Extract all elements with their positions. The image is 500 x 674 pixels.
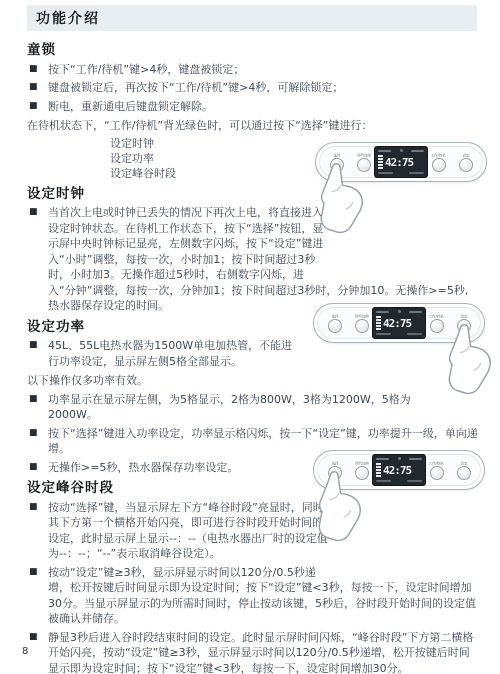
panel-button-select-label: 选择 xyxy=(333,155,340,158)
page-content: 童锁 ■ 按下“工作/待机”键>4秒，键盘被锁定； ■ 键盘被锁定后，再次按下“… xyxy=(27,37,478,674)
bullet-item: ■ 按下“工作/待机”键>4秒，键盘被锁定； xyxy=(27,62,478,78)
lcd-main-row: 42:75 xyxy=(378,155,424,169)
bullet-text: 无操作>=5秒，热水器保存功率设定。 xyxy=(48,461,238,474)
square-bullet-icon: ■ xyxy=(29,426,38,442)
panel-button-select-label: 选择 xyxy=(331,463,338,466)
figure-set-clock-panel: 选择 预约加热 42:75 工作/待机 xyxy=(315,142,500,182)
left-button-group: 选择 预约加热 xyxy=(325,313,371,333)
panel-button-work-standby-label: 工作/待机 xyxy=(429,463,444,466)
manual-page: 功能介绍 童锁 ■ 按下“工作/待机”键>4秒，键盘被锁定； ■ 键盘被锁定后，… xyxy=(0,0,500,674)
right-button-group: 工作/待机 设定 xyxy=(429,152,475,172)
bullet-item: ■ 功率显示在显示屏左侧，为5格显示，2格为800W，3格为1200W，5格为2… xyxy=(27,392,478,423)
section-heading-set-clock: 设定时钟 xyxy=(27,187,478,203)
pointing-hand-icon xyxy=(440,323,498,401)
lcd-main-row: 42:75 xyxy=(376,316,422,330)
bullet-item: ■ 当首次上电或时钟已丢失的情况下再次上电，将直接进入设定时钟状态。在待机工作状… xyxy=(27,205,478,314)
bullet-item: ■ 按动“设定”键≥3秒，显示屏显示时间以120分/0.5秒递增，松开按键后时间… xyxy=(27,565,478,627)
panel-button-work-standby-label: 工作/待机 xyxy=(431,155,446,158)
lcd-display: 42:75 xyxy=(374,146,428,178)
page-title: 功能介绍 xyxy=(36,8,100,28)
panel-button-work-standby: 工作/待机 xyxy=(429,152,448,172)
page-title-bar: 功能介绍 xyxy=(27,5,477,31)
square-bullet-icon: ■ xyxy=(29,80,38,96)
square-bullet-icon: ■ xyxy=(29,205,38,221)
lcd-display: 42:75 xyxy=(372,307,426,339)
bullet-text: 功率显示在显示屏左侧，为5格显示，2格为800W，3格为1200W，5格为200… xyxy=(48,393,411,422)
lcd-time-value: 42:75 xyxy=(383,465,411,476)
right-button-group: 工作/待机 设定 xyxy=(427,460,473,480)
lcd-dot-icon xyxy=(400,149,403,152)
lcd-top-indicators xyxy=(376,310,422,313)
power-level-bars-icon xyxy=(376,316,381,330)
square-bullet-icon: ■ xyxy=(29,99,38,115)
lcd-main-row: 42:75 xyxy=(376,463,422,477)
lcd-dot-icon xyxy=(398,310,401,313)
bullet-text: 按动“选择”键，当显示屏左下方“峰谷时段”亮显时，同时其下方第一个横格开始闪亮，… xyxy=(48,501,328,561)
panel-button-set-label: 设定 xyxy=(462,155,469,158)
square-bullet-icon: ■ xyxy=(29,565,38,581)
panel-button-reserve-heat: 预约加热 xyxy=(352,313,371,333)
lcd-time-value: 42:75 xyxy=(385,157,413,168)
pointing-hand-icon xyxy=(312,162,370,240)
panel-button-set: 设定 xyxy=(456,152,475,172)
panel-button-set-label: 设定 xyxy=(460,316,467,319)
lcd-top-indicators xyxy=(378,149,424,152)
round-button-icon xyxy=(459,158,473,172)
lcd-bottom-indicators xyxy=(376,333,422,336)
lcd-bottom-indicators xyxy=(376,480,422,483)
square-bullet-icon: ■ xyxy=(29,630,38,646)
square-bullet-icon: ■ xyxy=(29,500,38,516)
round-button-icon xyxy=(355,319,369,333)
panel-button-work-standby: 工作/待机 xyxy=(427,460,446,480)
panel-button-work-standby-label: 工作/待机 xyxy=(429,316,444,319)
power-level-bars-icon xyxy=(378,155,383,169)
bullet-item: ■ 键盘被锁定后，再次按下“工作/待机”键>4秒，可解除锁定； xyxy=(27,80,478,96)
panel-button-reserve-heat-label: 预约加热 xyxy=(357,155,371,158)
square-bullet-icon: ■ xyxy=(29,460,38,476)
bullet-item: ■ 按动“选择”键，当显示屏左下方“峰谷时段”亮显时，同时其下方第一个横格开始闪… xyxy=(27,500,478,562)
bullet-text: 键盘被锁定后，再次按下“工作/待机”键>4秒，可解除锁定； xyxy=(48,81,343,94)
panel-button-set-label: 设定 xyxy=(460,463,467,466)
panel-button-select: 选择 xyxy=(325,313,344,333)
bullet-text: 静显3秒后进入谷时段结束时间的设定。此时显示屏时间闪烁，“峰谷时段”下方第二横格… xyxy=(48,631,473,674)
lcd-bottom-indicators xyxy=(378,172,424,175)
lcd-display: 42:75 xyxy=(372,454,426,486)
lcd-dot-icon xyxy=(398,457,401,460)
square-bullet-icon: ■ xyxy=(29,62,38,78)
pointing-hand-icon xyxy=(310,470,368,548)
bullet-item: ■ 断电，重新通电后键盘锁定解除。 xyxy=(27,99,478,115)
standby-mode-paragraph: 在待机状态下，“工作/待机”背光绿色时，可以通过按下“选择”键进行： xyxy=(27,118,478,134)
panel-button-select-label: 选择 xyxy=(331,316,338,319)
panel-button-reserve-heat-label: 预约加热 xyxy=(355,316,369,319)
page-number: 8 xyxy=(22,646,28,657)
section-heading-child-lock: 童锁 xyxy=(27,43,478,59)
lcd-top-indicators xyxy=(376,457,422,460)
round-button-icon xyxy=(432,158,446,172)
square-bullet-icon: ■ xyxy=(29,392,38,408)
bullet-text: 按动“设定”键≥3秒，显示屏显示时间以120分/0.5秒递增，松开按键后时间显示… xyxy=(48,566,476,626)
figure-set-valley-panel: 选择 预约加热 42:75 工作/待机 xyxy=(313,450,499,490)
panel-button-reserve-heat-label: 预约加热 xyxy=(355,463,369,466)
panel-button-set: 设定 xyxy=(454,460,473,480)
round-button-icon xyxy=(457,466,471,480)
power-level-bars-icon xyxy=(376,463,381,477)
lcd-time-value: 42:75 xyxy=(383,318,411,329)
multi-power-note: 以下操作仅多功率有效。 xyxy=(27,373,478,389)
round-button-icon xyxy=(328,319,342,333)
bullet-text: 断电，重新通电后键盘锁定解除。 xyxy=(48,100,213,113)
bullet-item: ■ 静显3秒后进入谷时段结束时间的设定。此时显示屏时间闪烁，“峰谷时段”下方第二… xyxy=(27,630,478,674)
round-button-icon xyxy=(430,466,444,480)
figure-set-power-panel: 选择 预约加热 42:75 工作/待机 xyxy=(313,303,499,343)
bullet-text: 45L、55L电热水器为1500W单电加热管，不能进行功率设定，显示屏左侧5格全… xyxy=(48,339,292,368)
square-bullet-icon: ■ xyxy=(29,338,38,354)
bullet-text: 按下“工作/待机”键>4秒，键盘被锁定； xyxy=(48,63,244,76)
